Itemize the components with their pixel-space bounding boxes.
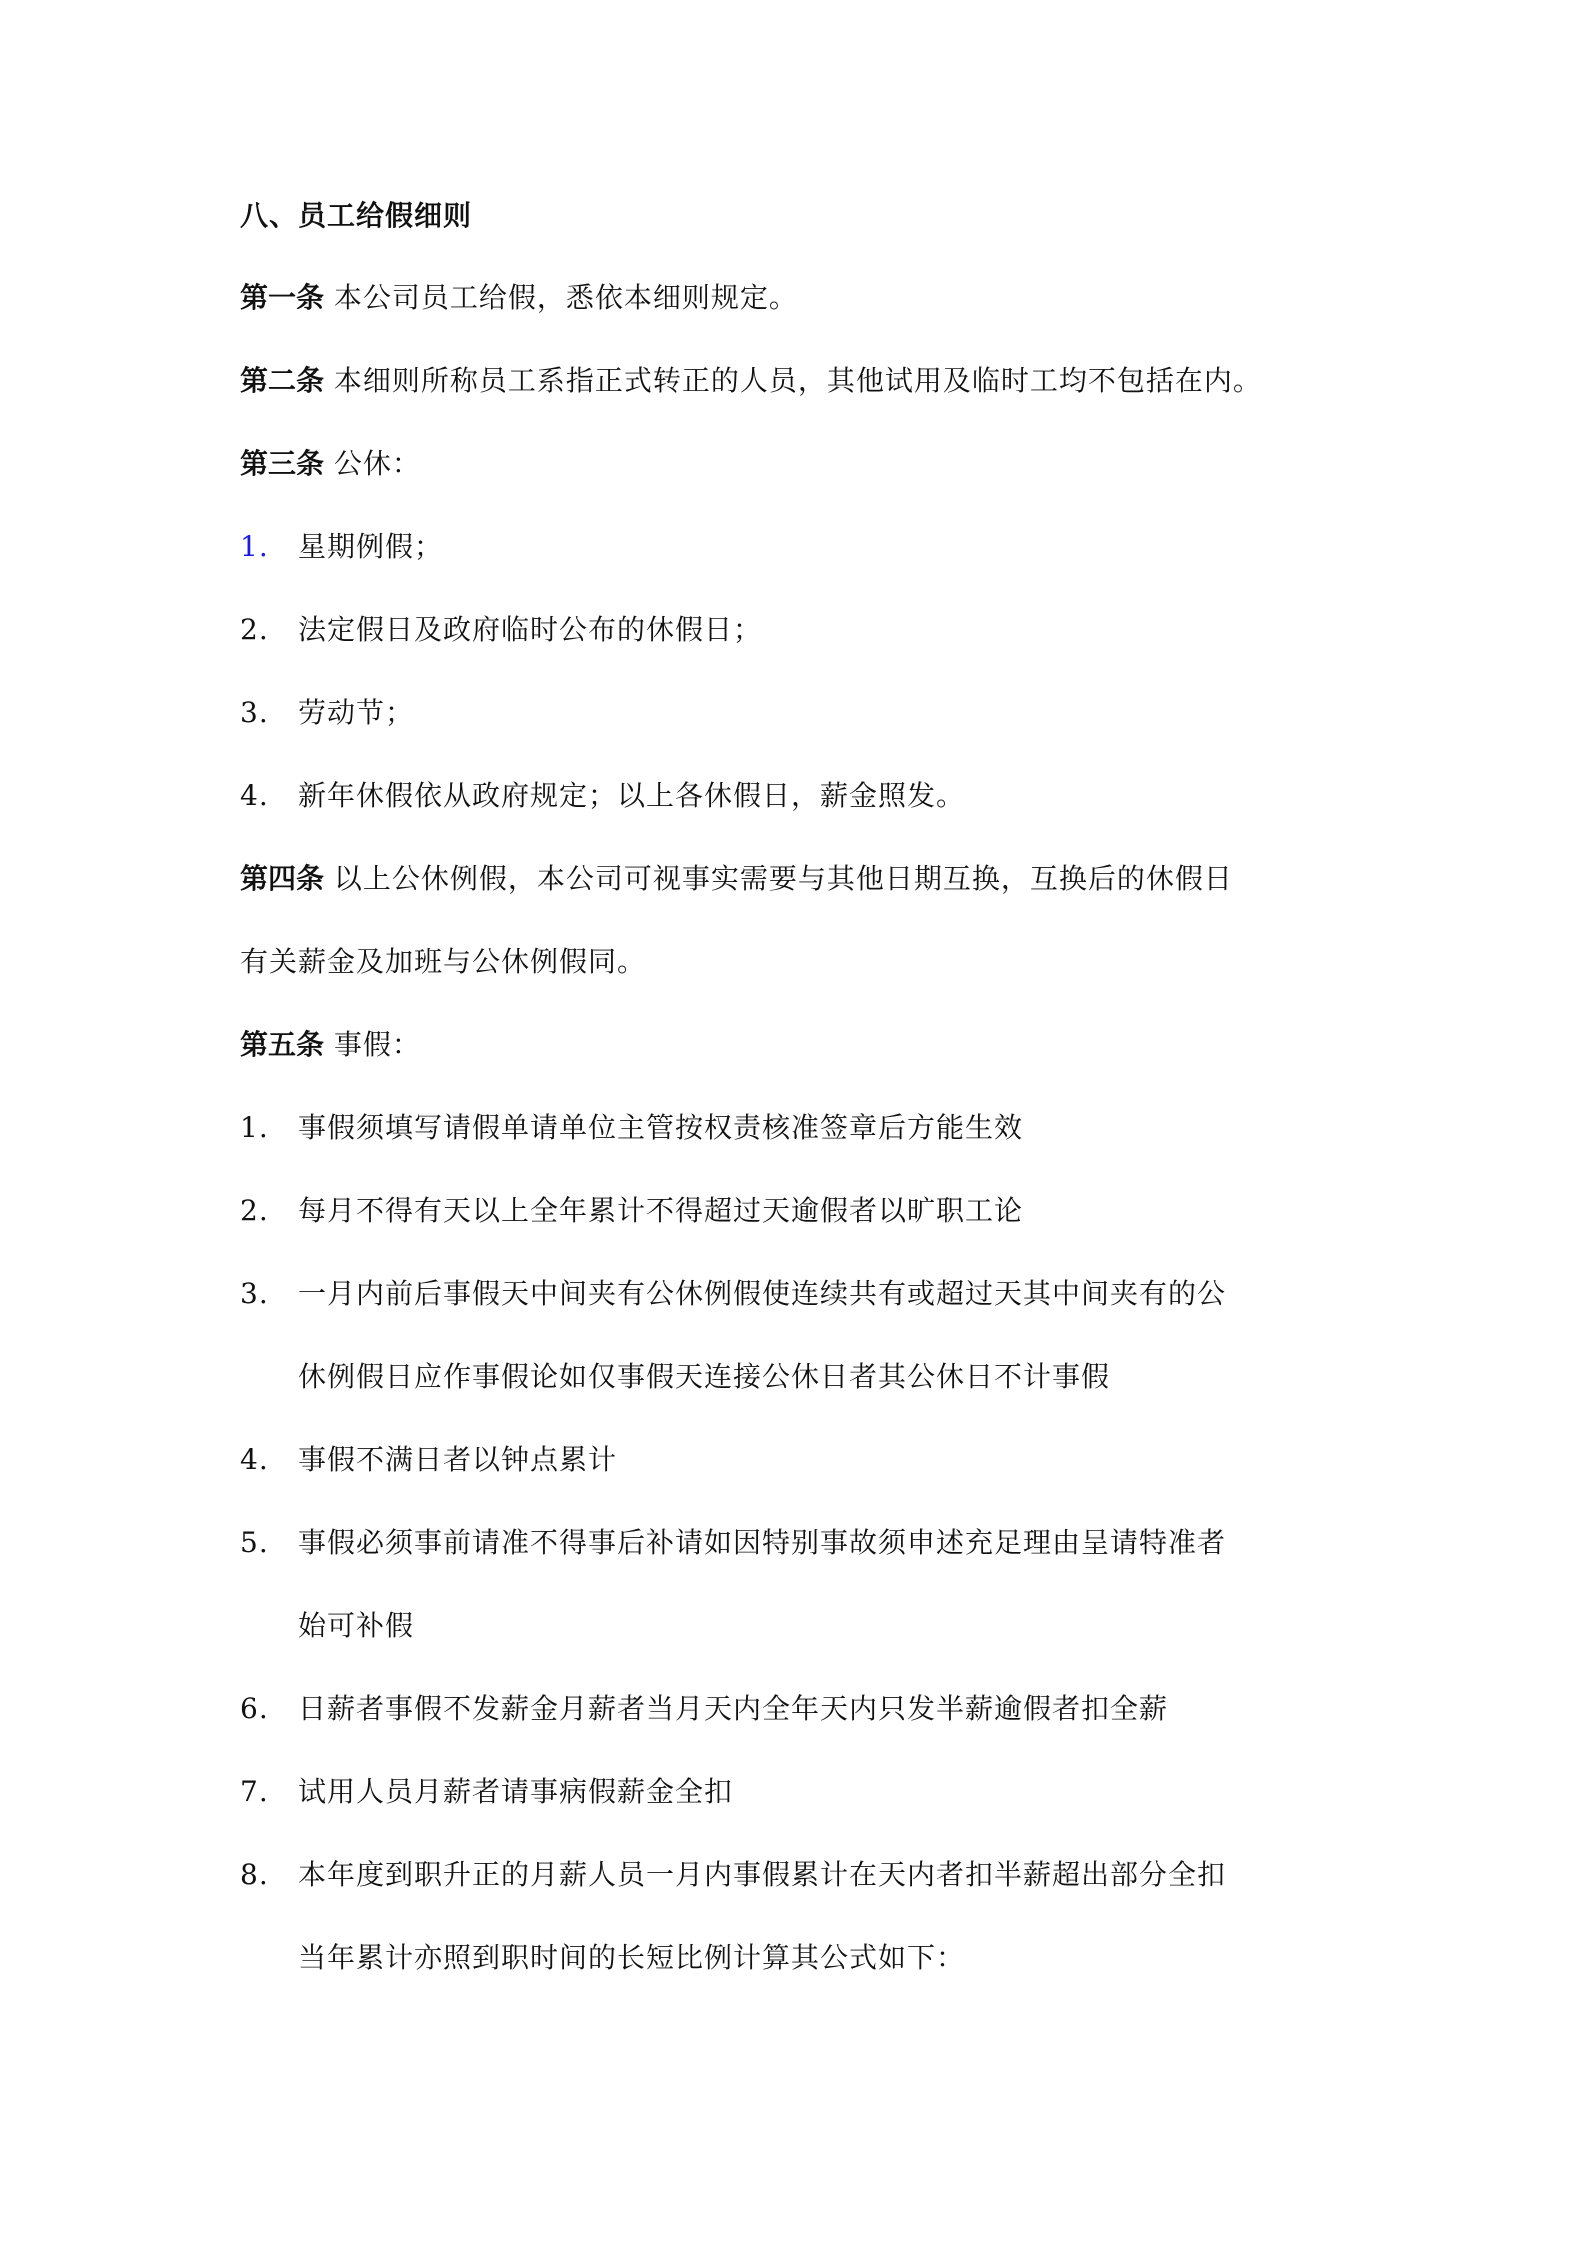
list-text: 劳动节； bbox=[298, 696, 414, 729]
list-text: 事假不满日者以钟点累计 bbox=[298, 1443, 617, 1476]
list-number: 4. bbox=[240, 776, 298, 816]
leave-item: 4.事假不满日者以钟点累计 bbox=[240, 1440, 617, 1480]
leave-item: 2.每月不得有天以上全年累计不得超过天逾假者以旷职工论 bbox=[240, 1191, 1023, 1231]
holiday-item: 1.星期例假； bbox=[240, 527, 443, 567]
article-label: 第五条 bbox=[240, 1028, 324, 1061]
leave-item: 8.本年度到职升正的月薪人员一月内事假累计在天内者扣半薪超出部分全扣 bbox=[240, 1855, 1226, 1895]
holiday-item: 4.新年休假依从政府规定；以上各休假日，薪金照发。 bbox=[240, 776, 965, 816]
list-number: 7. bbox=[240, 1772, 298, 1812]
article-label: 第三条 bbox=[240, 447, 324, 480]
section-heading: 八、员工给假细则 bbox=[240, 196, 472, 236]
list-number: 3. bbox=[240, 1274, 298, 1314]
list-text: 试用人员月薪者请事病假薪金全扣 bbox=[298, 1775, 733, 1808]
list-number: 5. bbox=[240, 1523, 298, 1563]
leave-item: 7.试用人员月薪者请事病假薪金全扣 bbox=[240, 1772, 733, 1812]
list-number: 2. bbox=[240, 610, 298, 650]
list-number: 4. bbox=[240, 1440, 298, 1480]
list-text: 一月内前后事假天中间夹有公休例假使连续共有或超过天其中间夹有的公 bbox=[298, 1277, 1226, 1310]
list-text: 星期例假； bbox=[298, 530, 443, 563]
document-page: 八、员工给假细则 第一条 本公司员工给假，悉依本细则规定。 第二条 本细则所称员… bbox=[0, 0, 1587, 2245]
holiday-item: 3.劳动节； bbox=[240, 693, 414, 733]
leave-item: 6.日薪者事假不发薪金月薪者当月天内全年天内只发半薪逾假者扣全薪 bbox=[240, 1689, 1168, 1729]
list-text: 日薪者事假不发薪金月薪者当月天内全年天内只发半薪逾假者扣全薪 bbox=[298, 1692, 1168, 1725]
article-1: 第一条 本公司员工给假，悉依本细则规定。 bbox=[240, 278, 798, 318]
list-number: 1. bbox=[240, 527, 298, 567]
list-number: 2. bbox=[240, 1191, 298, 1231]
article-label: 第二条 bbox=[240, 364, 324, 397]
list-number: 1. bbox=[240, 1108, 298, 1148]
list-text: 事假必须事前请准不得事后补请如因特别事故须申述充足理由呈请特准者 bbox=[298, 1526, 1226, 1559]
article-text: 公休： bbox=[334, 447, 421, 480]
leave-item-continuation: 当年累计亦照到职时间的长短比例计算其公式如下： bbox=[298, 1938, 965, 1978]
leave-item: 3.一月内前后事假天中间夹有公休例假使连续共有或超过天其中间夹有的公 bbox=[240, 1274, 1226, 1314]
article-text: 事假： bbox=[334, 1028, 421, 1061]
article-text: 以上公休例假，本公司可视事实需要与其他日期互换，互换后的休假日 bbox=[334, 862, 1233, 895]
list-text: 每月不得有天以上全年累计不得超过天逾假者以旷职工论 bbox=[298, 1194, 1023, 1227]
leave-item: 5.事假必须事前请准不得事后补请如因特别事故须申述充足理由呈请特准者 bbox=[240, 1523, 1226, 1563]
leave-item-continuation: 休例假日应作事假论如仅事假天连接公休日者其公休日不计事假 bbox=[298, 1357, 1110, 1397]
article-4: 第四条 以上公休例假，本公司可视事实需要与其他日期互换，互换后的休假日 bbox=[240, 859, 1233, 899]
article-label: 第一条 bbox=[240, 281, 324, 314]
article-4-continuation: 有关薪金及加班与公休例假同。 bbox=[240, 942, 646, 982]
leave-item: 1.事假须填写请假单请单位主管按权责核准签章后方能生效 bbox=[240, 1108, 1023, 1148]
list-number: 6. bbox=[240, 1689, 298, 1729]
article-3: 第三条 公休： bbox=[240, 444, 421, 484]
article-label: 第四条 bbox=[240, 862, 324, 895]
list-number: 3. bbox=[240, 693, 298, 733]
list-text: 事假须填写请假单请单位主管按权责核准签章后方能生效 bbox=[298, 1111, 1023, 1144]
list-text: 本年度到职升正的月薪人员一月内事假累计在天内者扣半薪超出部分全扣 bbox=[298, 1858, 1226, 1891]
article-5: 第五条 事假： bbox=[240, 1025, 421, 1065]
article-2: 第二条 本细则所称员工系指正式转正的人员，其他试用及临时工均不包括在内。 bbox=[240, 361, 1262, 401]
article-text: 本细则所称员工系指正式转正的人员，其他试用及临时工均不包括在内。 bbox=[334, 364, 1262, 397]
list-text: 新年休假依从政府规定；以上各休假日，薪金照发。 bbox=[298, 779, 965, 812]
list-number: 8. bbox=[240, 1855, 298, 1895]
list-text: 法定假日及政府临时公布的休假日； bbox=[298, 613, 762, 646]
leave-item-continuation: 始可补假 bbox=[298, 1606, 414, 1646]
article-text: 本公司员工给假，悉依本细则规定。 bbox=[334, 281, 798, 314]
holiday-item: 2.法定假日及政府临时公布的休假日； bbox=[240, 610, 762, 650]
